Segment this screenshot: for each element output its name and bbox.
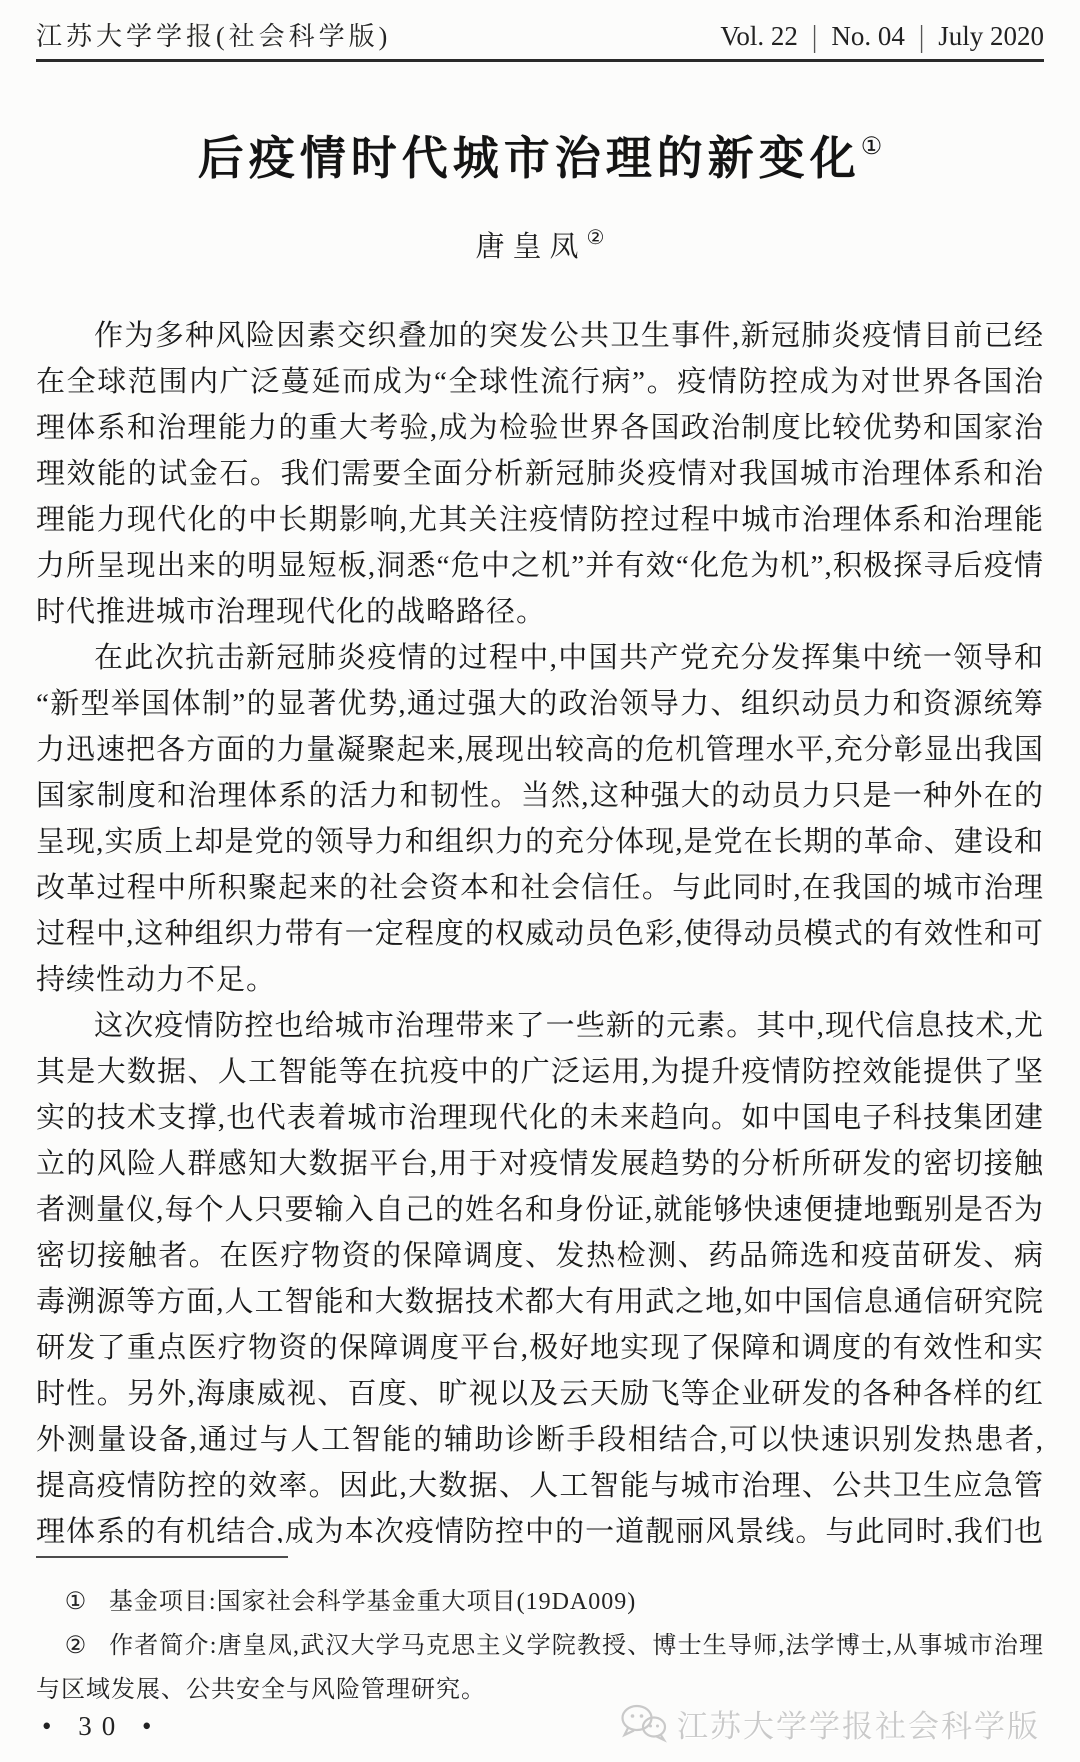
author-name: 唐皇凤 (476, 231, 587, 263)
issue-info: Vol. 22|No. 04|July 2020 (720, 21, 1044, 52)
footnote-1-marker: ① (65, 1589, 88, 1615)
paragraph-3: 这次疫情防控也给城市治理带来了一些新的元素。其中,现代信息技术,尤其是大数据、人… (36, 1003, 1044, 1543)
footnote-funding: ①基金项目:国家社会科学基金重大项目(19DA009) (36, 1580, 1044, 1624)
article-body: 作为多种风险因素交织叠加的突发公共卫生事件,新冠肺炎疫情目前已经在全球范围内广泛… (36, 313, 1044, 1543)
issue-number: No. 04 (831, 21, 905, 51)
article-title-text: 后疫情时代城市治理的新变化 (198, 133, 861, 184)
header-rule (36, 59, 1044, 62)
article-title: 后疫情时代城市治理的新变化① (36, 122, 1044, 188)
paragraph-1: 作为多种风险因素交织叠加的突发公共卫生事件,新冠肺炎疫情目前已经在全球范围内广泛… (36, 313, 1044, 635)
paragraph-2: 在此次抗击新冠肺炎疫情的过程中,中国共产党充分发挥集中统一领导和“新型举国体制”… (36, 635, 1044, 1003)
footnote-divider (36, 1556, 288, 1558)
watermark: 江苏大学学报社会科学版 (619, 1701, 1040, 1746)
issue-volume: Vol. 22 (720, 21, 798, 51)
footnote-author-bio: ②作者简介:唐皇凤,武汉大学马克思主义学院教授、博士生导师,法学博士,从事城市治… (36, 1624, 1044, 1712)
separator-bar: | (919, 19, 924, 55)
title-footnote-marker: ① (861, 134, 883, 160)
author-line: 唐皇凤② (36, 224, 1044, 265)
journal-header: 江苏大学学报(社会科学版) Vol. 22|No. 04|July 2020 (36, 0, 1044, 53)
wechat-icon (619, 1703, 669, 1745)
footnote-2-marker: ② (65, 1633, 88, 1659)
issue-date: July 2020 (938, 21, 1044, 51)
footnote-area: ①基金项目:国家社会科学基金重大项目(19DA009) ②作者简介:唐皇凤,武汉… (36, 1556, 1044, 1712)
journal-page: 江苏大学学报(社会科学版) Vol. 22|No. 04|July 2020 后… (0, 0, 1080, 1762)
page-number: • 30 • (42, 1711, 161, 1742)
author-footnote-marker: ② (587, 227, 605, 249)
separator-bar: | (812, 19, 817, 55)
footnote-2-text: 作者简介:唐皇凤,武汉大学马克思主义学院教授、博士生导师,法学博士,从事城市治理… (36, 1633, 1044, 1703)
journal-name: 江苏大学学报(社会科学版) (36, 16, 391, 53)
watermark-text: 江苏大学学报社会科学版 (677, 1701, 1040, 1746)
footnote-1-text: 基金项目:国家社会科学基金重大项目(19DA009) (109, 1589, 636, 1615)
